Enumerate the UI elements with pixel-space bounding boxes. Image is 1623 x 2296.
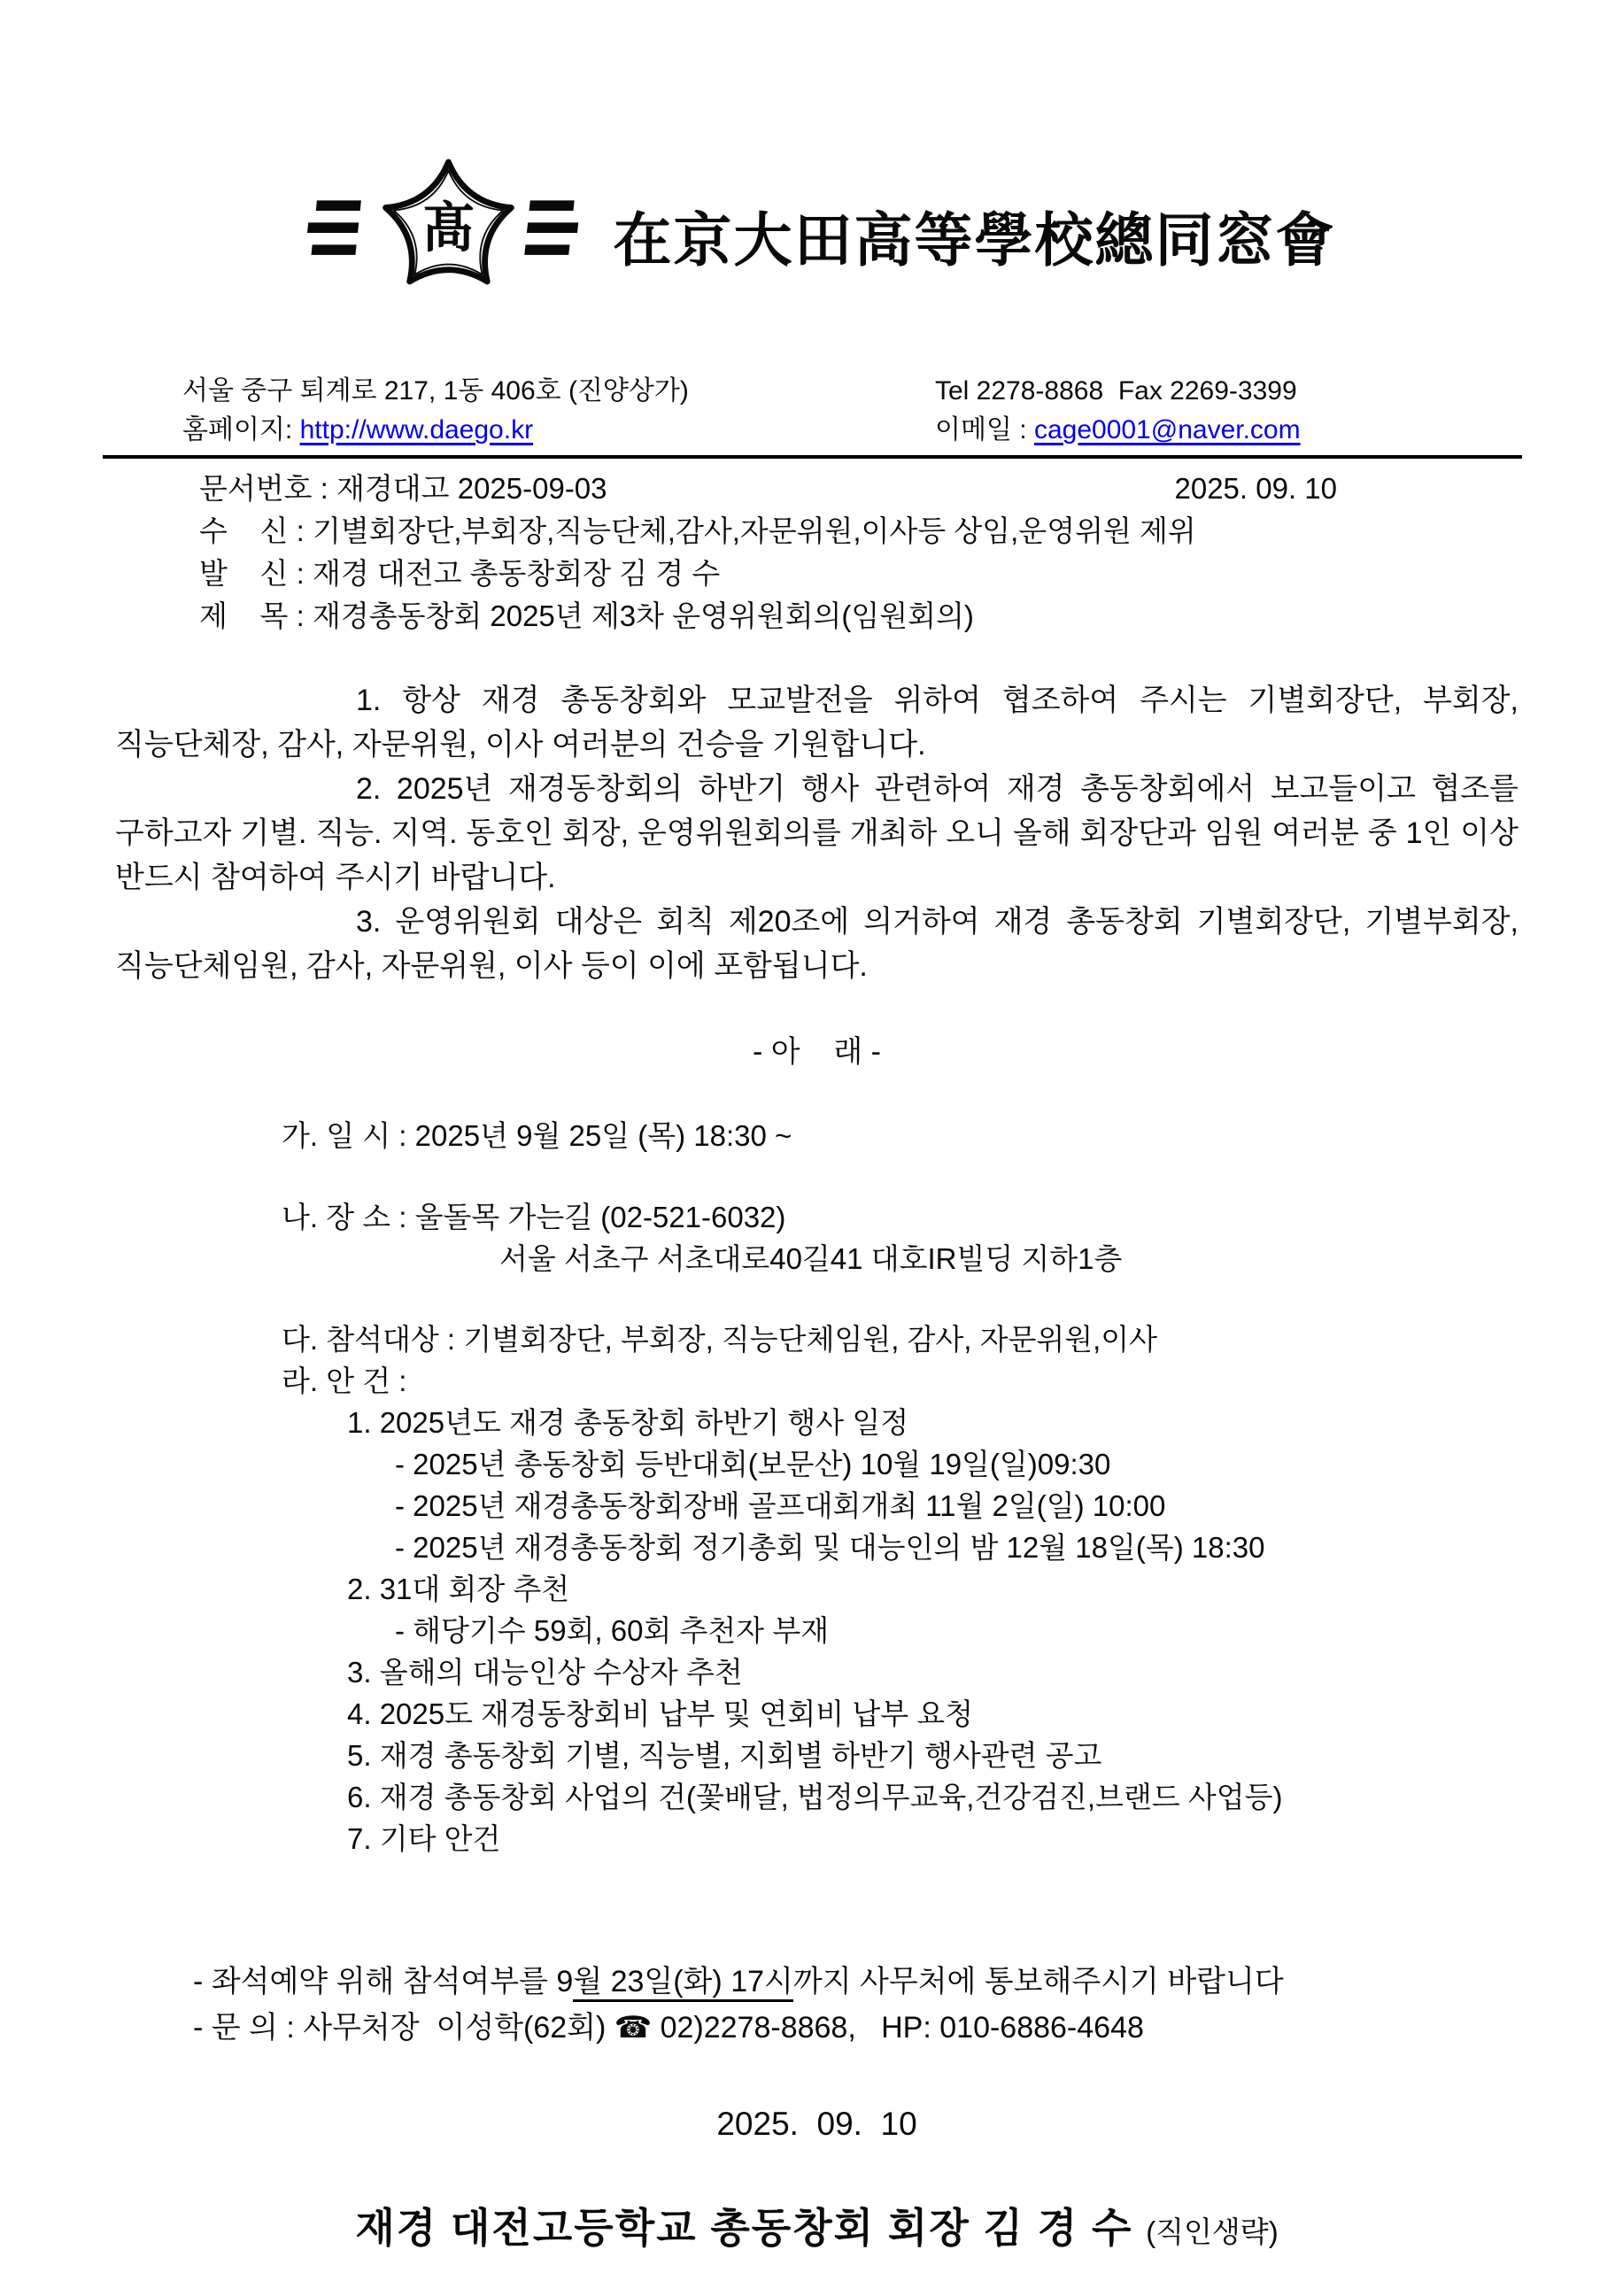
detail-venue: 나. 장 소 : 울돌목 가는길 (02-521-6032) [282, 1196, 1519, 1238]
sender-value: 재경 대전고 총동창회장 김 경 수 [313, 553, 720, 595]
issue-date: 2025. 09. 10 [115, 2106, 1519, 2143]
doc-number-label: 문서번호 : [199, 468, 336, 510]
reservation-note: - 좌석예약 위해 참석여부를 9월 23일(화) 17시까지 사무처에 통보해… [193, 1959, 1519, 2005]
agenda-subitem: - 2025년 총동창회 등반대회(보문산) 10월 19일(일)09:30 [395, 1443, 1519, 1485]
reservation-note-post: 까지 사무처에 통보해주시기 바랍니다 [793, 1965, 1284, 1998]
below-heading: - 아 래 - [115, 1027, 1519, 1071]
email-label: 이메일 : [935, 415, 1034, 445]
phone-icon: ☎ [614, 2011, 652, 2045]
detail-attendees: 다. 참석대상 : 기별회장단, 부회장, 직능단체임원, 감사, 자문위원,이… [282, 1318, 1519, 1360]
doc-number-value: 재경대고 2025-09-03 [336, 468, 607, 510]
recipient-label: 수 신 : [199, 510, 313, 553]
inquiry-note-pre: - 문 의 : 사무처장 이성학(62회) [193, 2011, 614, 2045]
subject-value: 재경총동창회 2025년 제3차 운영위원회의(임원회의) [313, 595, 974, 638]
doc-number-row: 문서번호 : 재경대고 2025-09-03 2025. 09. 10 [199, 468, 1519, 510]
homepage-label: 홈페이지: [182, 415, 300, 445]
homepage-line: 홈페이지: http://www.daego.kr [182, 411, 935, 450]
school-badge-icon: 髙 [298, 142, 591, 328]
notes-block: - 좌석예약 위해 참석여부를 9월 23일(화) 17시까지 사무처에 통보해… [193, 1959, 1519, 2051]
agenda-subitem: - 해당기수 59회, 60회 추천자 부재 [395, 1610, 1519, 1651]
email-line: 이메일 : cage0001@naver.com [935, 411, 1301, 450]
agenda-item: 4. 2025도 재경동창회비 납부 및 연회비 납부 요청 [347, 1693, 1519, 1735]
body-paragraph-1: 1. 항상 재경 총동창회와 모교발전을 위하여 협조하여 주시는 기별회장단,… [115, 678, 1519, 767]
seal-omitted-note: (직인생략) [1146, 2215, 1279, 2248]
signature-text: 재경 대전고등학교 총동창회 회장 김 경 수 [355, 2205, 1146, 2251]
left-wing-stripes-icon [305, 200, 361, 255]
document-page: 髙 在京大田高等學校總同窓會 서울 중구 퇴계로 217, 1동 406호 (진… [0, 0, 1623, 2296]
badge-glyph: 髙 [421, 198, 475, 259]
detail-venue-address: 서울 서초구 서초대로40길41 대호IR빌딩 지하1층 [499, 1238, 1519, 1279]
tel-fax-text: Tel 2278-8868 Fax 2269-3399 [935, 372, 1297, 411]
detail-date-time: 가. 일 시 : 2025년 9월 25일 (목) 18:30 ~ [282, 1115, 1519, 1156]
subject-row: 제 목 : 재경총동창회 2025년 제3차 운영위원회의(임원회의) [199, 595, 1519, 638]
body-paragraph-3: 3. 운영위원회 대상은 회칙 제20조에 의거하여 재경 총동창회 기별회장단… [115, 900, 1519, 988]
meeting-details: 가. 일 시 : 2025년 9월 25일 (목) 18:30 ~ 나. 장 소… [115, 1115, 1519, 1859]
detail-agenda-label: 라. 안 건 : [282, 1360, 1519, 1402]
agenda-item: 3. 올해의 대능인상 수상자 추천 [347, 1651, 1519, 1693]
body-paragraph-2: 2. 2025년 재경동창회의 하반기 행사 관련하여 재경 총동창회에서 보고… [115, 767, 1519, 900]
right-wing-stripes-icon [524, 200, 581, 255]
inquiry-note: - 문 의 : 사무처장 이성학(62회) ☎ 02)2278-8868, HP… [193, 2005, 1519, 2051]
agenda-item: 7. 기타 안건 [347, 1818, 1519, 1859]
recipient-row: 수 신 : 기별회장단,부회장,직능단체,감사,자문위원,이사등 상임,운영위원… [199, 510, 1519, 553]
recipient-value: 기별회장단,부회장,직능단체,감사,자문위원,이사등 상임,운영위원 제위 [313, 510, 1196, 553]
sender-label: 발 신 : [199, 553, 313, 595]
agenda-item: 2. 31대 회장 추천 [347, 1568, 1519, 1610]
sender-row: 발 신 : 재경 대전고 총동창회장 김 경 수 [199, 553, 1519, 595]
reservation-deadline: 월 23일(화) 17시 [573, 1965, 793, 2002]
email-link[interactable]: cage0001@naver.com [1034, 415, 1301, 445]
address-text: 서울 중구 퇴계로 217, 1동 406호 (진양상가) [182, 372, 935, 411]
letterhead: 髙 在京大田高等學校總同窓會 [115, 142, 1519, 328]
reservation-note-pre: - 좌석예약 위해 참석여부를 9 [193, 1965, 573, 1998]
document-meta: 문서번호 : 재경대고 2025-09-03 2025. 09. 10 수 신 … [199, 468, 1519, 638]
homepage-link[interactable]: http://www.daego.kr [300, 415, 533, 445]
doc-date: 2025. 09. 10 [1175, 468, 1338, 510]
agenda-item: 1. 2025년도 재경 총동창회 하반기 행사 일정 [347, 1402, 1519, 1443]
inquiry-note-post: 02)2278-8868, HP: 010-6886-4648 [652, 2011, 1144, 2045]
header-divider [103, 455, 1522, 459]
signature-line: 재경 대전고등학교 총동창회 회장 김 경 수 (직인생략) [115, 2196, 1519, 2254]
agenda-subitem: - 2025년 재경총동창회 정기총회 및 대능인의 밤 12월 18일(목) … [395, 1527, 1519, 1568]
agenda-item: 5. 재경 총동창회 기별, 직능별, 지회별 하반기 행사관련 공고 [347, 1735, 1519, 1776]
agenda-subitem: - 2025년 재경총동창회장배 골프대회개최 11월 2일(일) 10:00 [395, 1485, 1519, 1527]
contact-block: 서울 중구 퇴계로 217, 1동 406호 (진양상가) Tel 2278-8… [182, 372, 1519, 450]
subject-label: 제 목 : [199, 595, 313, 638]
organization-title: 在京大田高等學校總同窓會 [614, 193, 1336, 277]
agenda-item: 6. 재경 총동창회 사업의 건(꽃배달, 법정의무교육,건강검진,브랜드 사업… [347, 1776, 1519, 1818]
